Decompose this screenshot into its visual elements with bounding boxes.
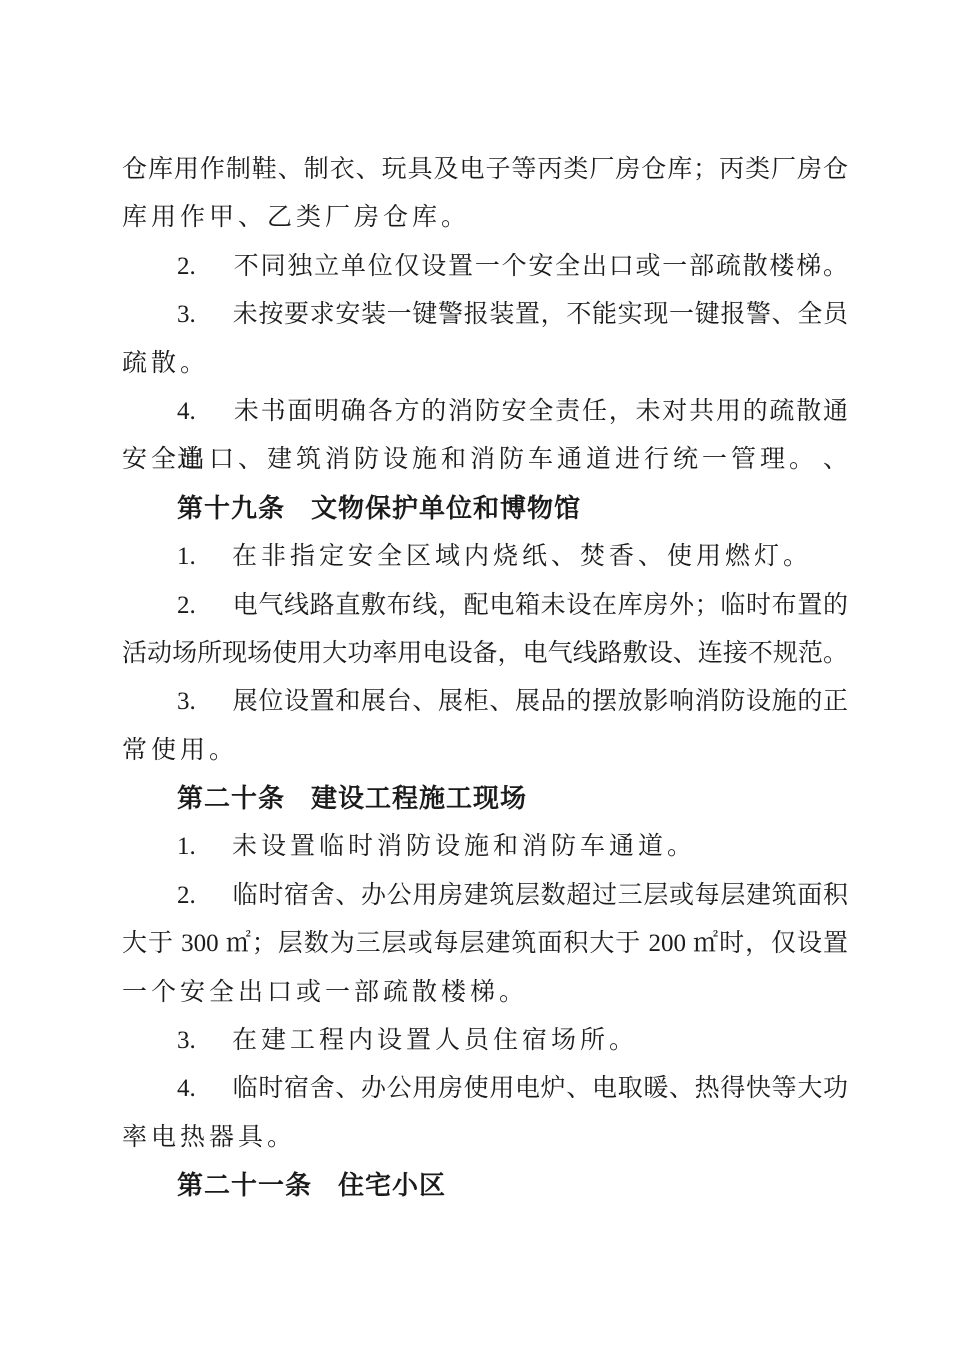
article-number: 第二十条 [177,775,285,823]
text-line: 活动场所现场使用大功率用电设备，电气线路敷设、连接不规范。 [122,630,848,678]
article-number: 第二十一条 [177,1162,312,1210]
text-line: 一个安全出口或一部疏散楼梯。 [122,969,848,1017]
text-line: 4.临时宿舍、办公用房使用电炉、电取暖、热得快等大功 [122,1065,848,1113]
text-line: 仓库用作制鞋、制衣、玩具及电子等丙类厂房仓库；丙类厂房仓 [122,146,848,194]
line-text: 常使用。 [122,737,238,764]
text-line: 3.在建工程内设置人员住宿场所。 [122,1017,848,1065]
document-content: 仓库用作制鞋、制衣、玩具及电子等丙类厂房仓库；丙类厂房仓库用作甲、乙类厂房仓库。… [122,146,848,1211]
article-title: 住宅小区 [338,1171,446,1200]
item-number: 2. [177,243,232,291]
text-line: 库用作甲、乙类厂房仓库。 [122,194,848,242]
line-text: 不同独立单位仅设置一个安全出口或一部疏散楼梯。 [232,253,848,280]
text-line: 3.展位设置和展台、展柜、展品的摆放影响消防设施的正 [122,678,848,726]
item-number: 4. [177,388,232,436]
text-line: 1.未设置临时消防设施和消防车通道。 [122,823,848,871]
text-line: 大于 300 ㎡；层数为三层或每层建筑面积大于 200 ㎡时，仅设置 [122,920,848,968]
text-line: 2.电气线路直敷布线，配电箱未设在库房外；临时布置的 [122,582,848,630]
line-text: 临时宿舍、办公用房使用电炉、电取暖、热得快等大功 [232,1075,848,1102]
item-number: 3. [177,678,232,726]
item-number: 3. [177,291,232,339]
line-text: 展位设置和展台、展柜、展品的摆放影响消防设施的正 [232,688,848,715]
line-text: 活动场所现场使用大功率用电设备，电气线路敷设、连接不规范。 [122,640,848,667]
item-number: 1. [177,823,232,871]
item-number: 4. [177,1065,232,1113]
text-line: 疏散。 [122,340,848,388]
line-text: 疏散。 [122,350,209,377]
line-text: 电气线路直敷布线，配电箱未设在库房外；临时布置的 [232,592,848,619]
line-text: 在非指定安全区域内烧纸、焚香、使用燃灯。 [232,543,812,570]
line-text: 未设置临时消防设施和消防车通道。 [232,833,696,860]
line-text: 未按要求安装一键警报装置，不能实现一键报警、全员 [232,301,848,328]
line-text: 临时宿舍、办公用房建筑层数超过三层或每层建筑面积 [232,882,848,909]
text-line: 率电热器具。 [122,1114,848,1162]
text-line: 4.未书面明确各方的消防安全责任，未对共用的疏散通道、 [122,388,848,436]
line-text: 一个安全出口或一部疏散楼梯。 [122,979,528,1006]
text-line: 3.未按要求安装一键警报装置，不能实现一键报警、全员 [122,291,848,339]
line-text: 仓库用作制鞋、制衣、玩具及电子等丙类厂房仓库；丙类厂房仓 [122,156,848,183]
article-title: 文物保护单位和博物馆 [311,494,581,523]
line-text: 库用作甲、乙类厂房仓库。 [122,204,470,231]
text-line: 2.不同独立单位仅设置一个安全出口或一部疏散楼梯。 [122,243,848,291]
item-number: 3. [177,1017,232,1065]
text-line: 1.在非指定安全区域内烧纸、焚香、使用燃灯。 [122,533,848,581]
item-number: 1. [177,533,232,581]
article-number: 第十九条 [177,485,285,533]
article-heading: 第二十一条住宅小区 [122,1162,848,1210]
line-text: 安全出口、建筑消防设施和消防车通道进行统一管理。 [122,446,818,473]
article-heading: 第十九条文物保护单位和博物馆 [122,485,848,533]
line-text: 率电热器具。 [122,1124,296,1151]
item-number: 2. [177,872,232,920]
article-heading: 第二十条建设工程施工现场 [122,775,848,823]
article-title: 建设工程施工现场 [311,784,527,813]
text-line: 安全出口、建筑消防设施和消防车通道进行统一管理。 [122,436,848,484]
document-page: 仓库用作制鞋、制衣、玩具及电子等丙类厂房仓库；丙类厂房仓库用作甲、乙类厂房仓库。… [0,0,970,1371]
line-text: 大于 300 ㎡；层数为三层或每层建筑面积大于 200 ㎡时，仅设置 [122,930,848,957]
text-line: 常使用。 [122,727,848,775]
text-line: 2.临时宿舍、办公用房建筑层数超过三层或每层建筑面积 [122,872,848,920]
item-number: 2. [177,582,232,630]
line-text: 在建工程内设置人员住宿场所。 [232,1027,638,1054]
